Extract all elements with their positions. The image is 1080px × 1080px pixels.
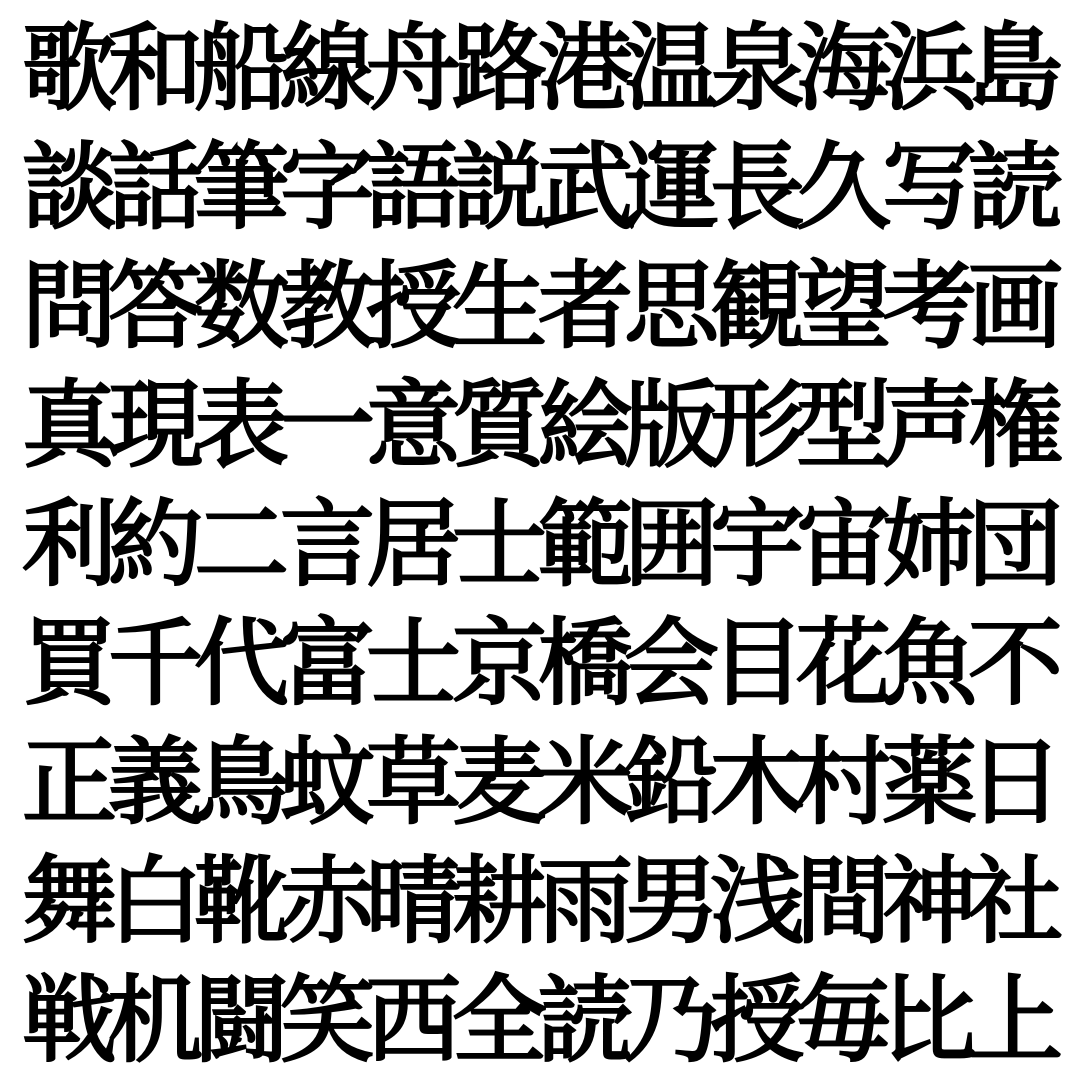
kanji-text-sheet: 歌和船線舟路港温泉海浜島談話筆字語説武運長久写読問答数教授生者思観望考画真現表一… — [0, 0, 1080, 1080]
kanji-row: 正義鳥蚊草麦米鉛木村薬日 — [22, 724, 1080, 843]
kanji-row: 歌和船線舟路港温泉海浜島 — [22, 10, 1080, 129]
kanji-row: 問答数教授生者思観望考画 — [22, 248, 1080, 367]
kanji-row: 戦机闘笑西全読乃授毎比上 — [22, 962, 1080, 1080]
kanji-row: 利約二言居士範囲宇宙姉団 — [22, 486, 1080, 605]
kanji-row: 談話筆字語説武運長久写読 — [22, 129, 1080, 248]
kanji-row: 真現表一意質絵版形型声権 — [22, 367, 1080, 486]
kanji-row: 買千代富士京橋会目花魚不 — [22, 605, 1080, 724]
kanji-row: 舞白靴赤晴耕雨男浅間神社 — [22, 843, 1080, 962]
